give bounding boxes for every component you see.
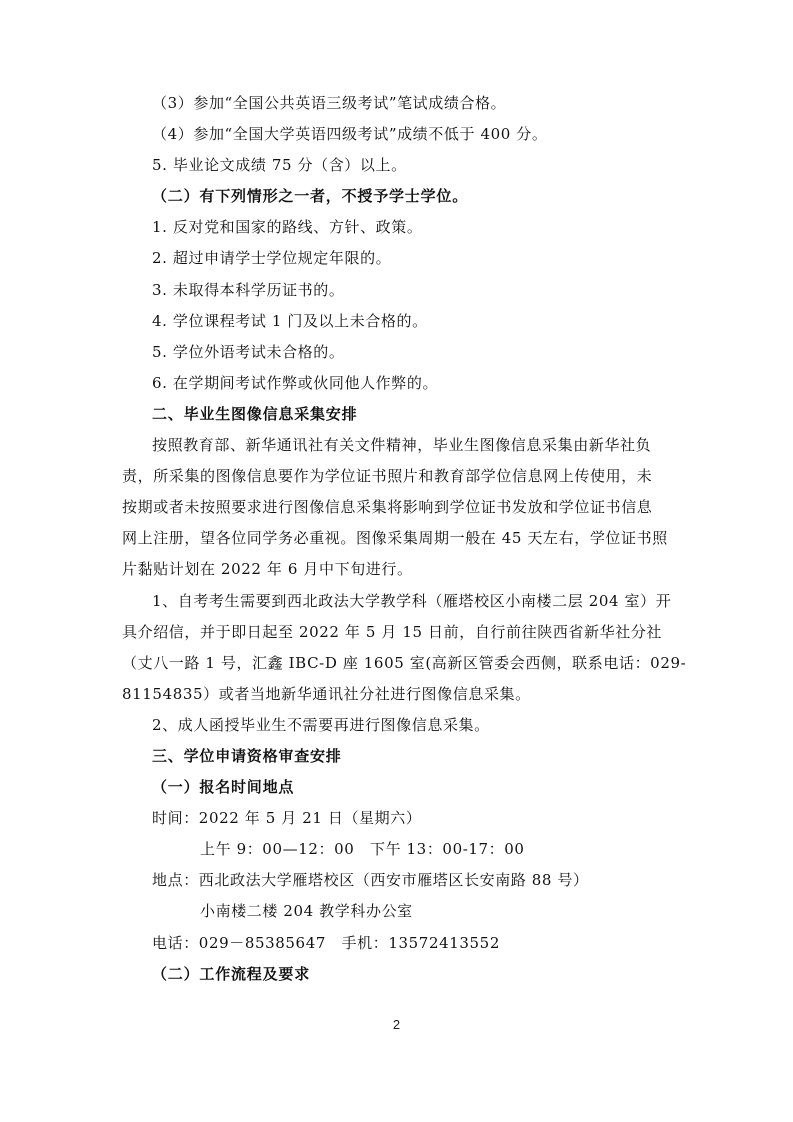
workflow-heading: （二）工作流程及要求 xyxy=(122,959,674,990)
image-item-1-row-4: 81154835）或者当地新华通讯社分社进行图像信息采集。 xyxy=(122,679,674,710)
requirement-3: （3）参加“全国公共英语三级考试”笔试成绩合格。 xyxy=(122,88,674,119)
no-degree-item-6: 6. 在学期间考试作弊或伙同他人作弊的。 xyxy=(122,368,674,399)
document-page: （3）参加“全国公共英语三级考试”笔试成绩合格。 （4）参加“全国大学英语四级考… xyxy=(0,0,793,1122)
review-heading: 三、学位申请资格审查安排 xyxy=(122,741,674,772)
no-degree-item-1: 1. 反对党和国家的路线、方针、政策。 xyxy=(122,212,674,243)
page-number: 2 xyxy=(0,1017,793,1032)
image-intro-row-1: 按照教育部、新华通讯社有关文件精神，毕业生图像信息采集由新华社负 xyxy=(122,430,674,461)
image-item-1-row-3: （丈八一路 1 号，汇鑫 IBC-D 座 1605 室(高新区管委会西侧，联系电… xyxy=(122,648,674,679)
document-body: （3）参加“全国公共英语三级考试”笔试成绩合格。 （4）参加“全国大学英语四级考… xyxy=(122,88,674,990)
image-intro-row-5: 片黏贴计划在 2022 年 6 月中下旬进行。 xyxy=(122,554,674,585)
no-degree-item-3: 3. 未取得本科学历证书的。 xyxy=(122,275,674,306)
no-degree-item-5: 5. 学位外语考试未合格的。 xyxy=(122,337,674,368)
image-item-1-row-1: 1、自考考生需要到西北政法大学教学科（雁塔校区小南楼二层 204 室）开 xyxy=(122,586,674,617)
registration-time: 时间：2022 年 5 月 21 日（星期六） xyxy=(122,803,674,834)
no-degree-heading: （二）有下列情形之一者，不授予学士学位。 xyxy=(122,181,674,212)
requirement-5: 5. 毕业论文成绩 75 分（含）以上。 xyxy=(122,150,674,181)
image-intro-row-4: 网上注册，望各位同学务必重视。图像采集周期一般在 45 天左右，学位证书照 xyxy=(122,523,674,554)
image-intro-row-2: 责，所采集的图像信息要作为学位证书照片和教育部学位信息网上传使用，未 xyxy=(122,461,674,492)
registration-heading: （一）报名时间地点 xyxy=(122,772,674,803)
requirement-4: （4）参加“全国大学英语四级考试”成绩不低于 400 分。 xyxy=(122,119,674,150)
registration-hours: 上午 9：00—12：00 下午 13：00-17：00 xyxy=(122,834,674,865)
image-intro-row-3: 按期或者未按照要求进行图像信息采集将影响到学位证书发放和学位证书信息 xyxy=(122,492,674,523)
registration-room: 小南楼二楼 204 教学科办公室 xyxy=(122,896,674,927)
image-collection-heading: 二、毕业生图像信息采集安排 xyxy=(122,399,674,430)
image-item-1-row-2: 具介绍信，并于即日起至 2022 年 5 月 15 日前，自行前往陕西省新华社分… xyxy=(122,617,674,648)
no-degree-item-2: 2. 超过申请学士学位规定年限的。 xyxy=(122,243,674,274)
no-degree-item-4: 4. 学位课程考试 1 门及以上未合格的。 xyxy=(122,306,674,337)
registration-place: 地点：西北政法大学雁塔校区（西安市雁塔区长安南路 88 号） xyxy=(122,865,674,896)
registration-phone: 电话：029－85385647 手机：13572413552 xyxy=(122,928,674,959)
image-item-2: 2、成人函授毕业生不需要再进行图像信息采集。 xyxy=(122,710,674,741)
